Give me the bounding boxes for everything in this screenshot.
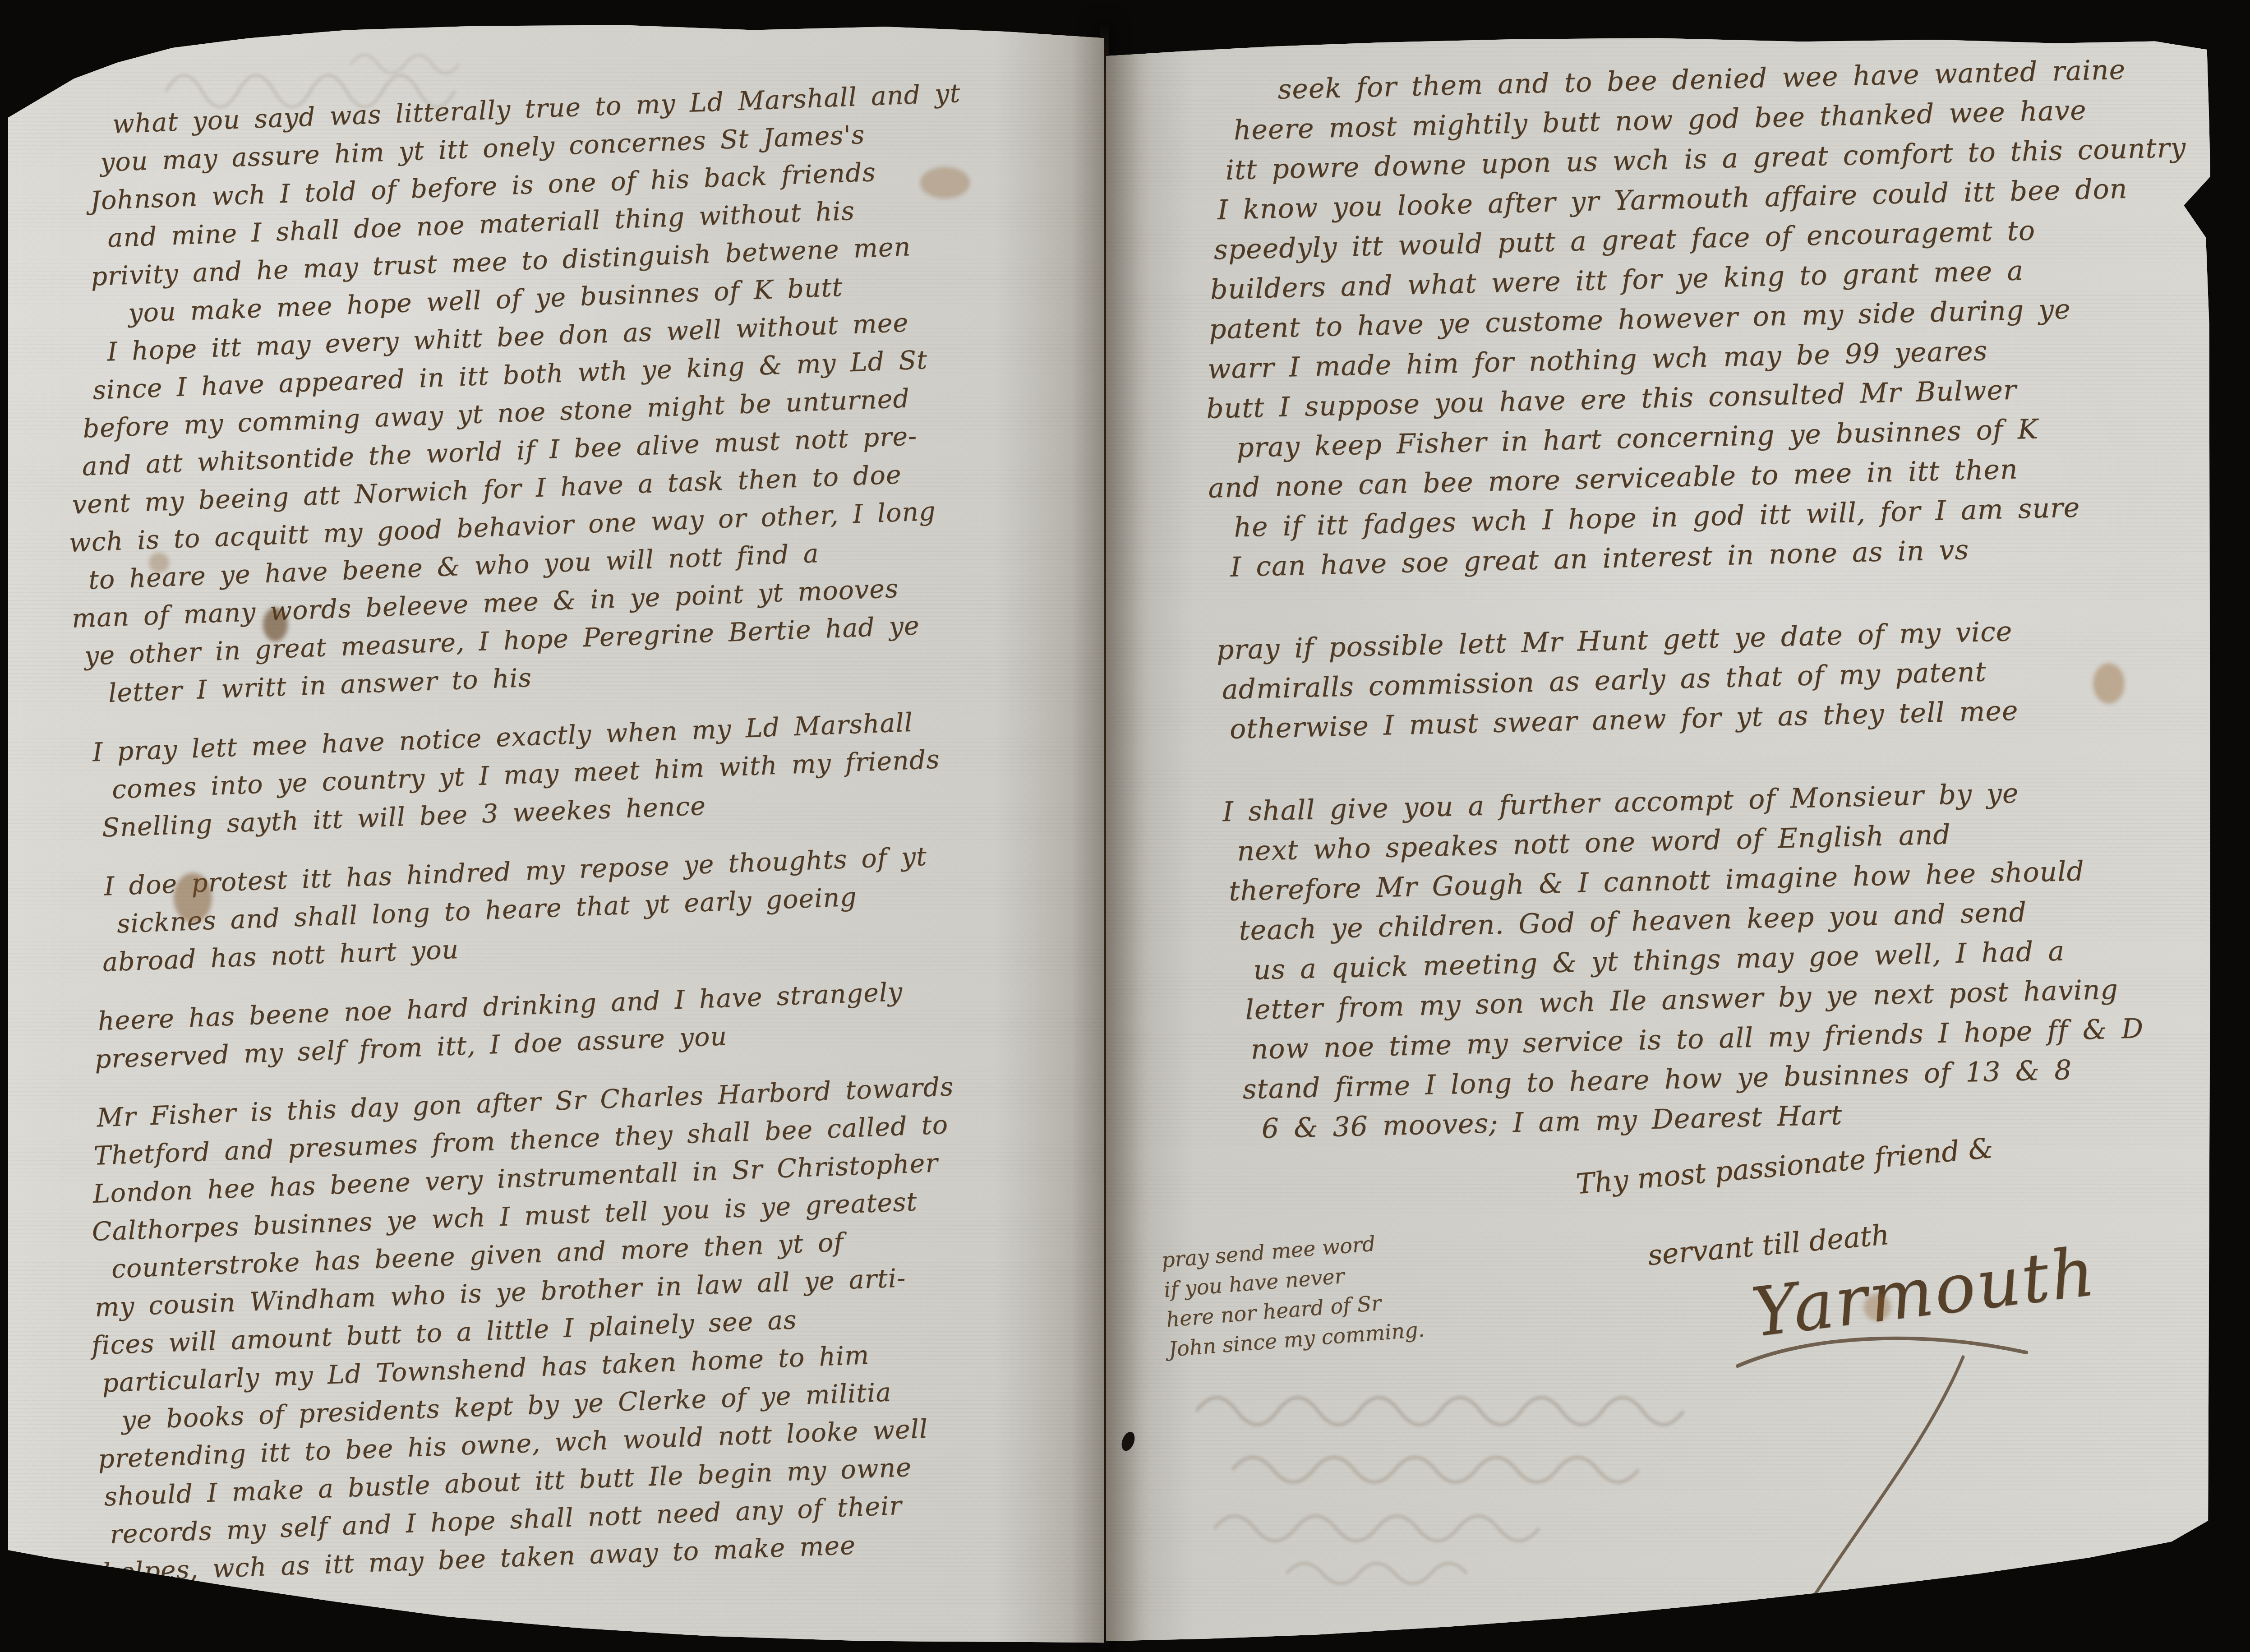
paragraph: seek for them and to bee denied wee have… bbox=[1165, 49, 2210, 590]
paragraph: I doe protest itt has hindred my repose … bbox=[72, 831, 1104, 983]
paragraph: I shall give you a further accompt of Mo… bbox=[1181, 770, 2210, 1151]
photo-backdrop: what you sayd was litterally true to my … bbox=[0, 0, 2250, 1652]
paragraph: Mr Fisher is this day gon after Sr Charl… bbox=[80, 1062, 1104, 1593]
paragraph: heere has beene noe hard drinking and I … bbox=[77, 966, 1104, 1080]
paragraph: pray if possible lett Mr Hunt gett ye da… bbox=[1178, 608, 2210, 751]
bleed-through-ink bbox=[1169, 1357, 2139, 1601]
paragraph: I pray lett mee have notice exactly when… bbox=[67, 697, 1104, 849]
right-page-text: seek for them and to bee denied wee have… bbox=[1106, 35, 2210, 1195]
postscript: pray send mee word if you have never her… bbox=[1161, 1225, 1426, 1364]
wormhole bbox=[1119, 1430, 1137, 1453]
right-page: seek for them and to bee denied wee have… bbox=[1106, 35, 2210, 1641]
left-page-text: what you sayd was litterally true to my … bbox=[8, 23, 1104, 1615]
paragraph: what you sayd was litterally true to my … bbox=[44, 70, 1104, 715]
left-page: what you sayd was litterally true to my … bbox=[8, 23, 1104, 1647]
